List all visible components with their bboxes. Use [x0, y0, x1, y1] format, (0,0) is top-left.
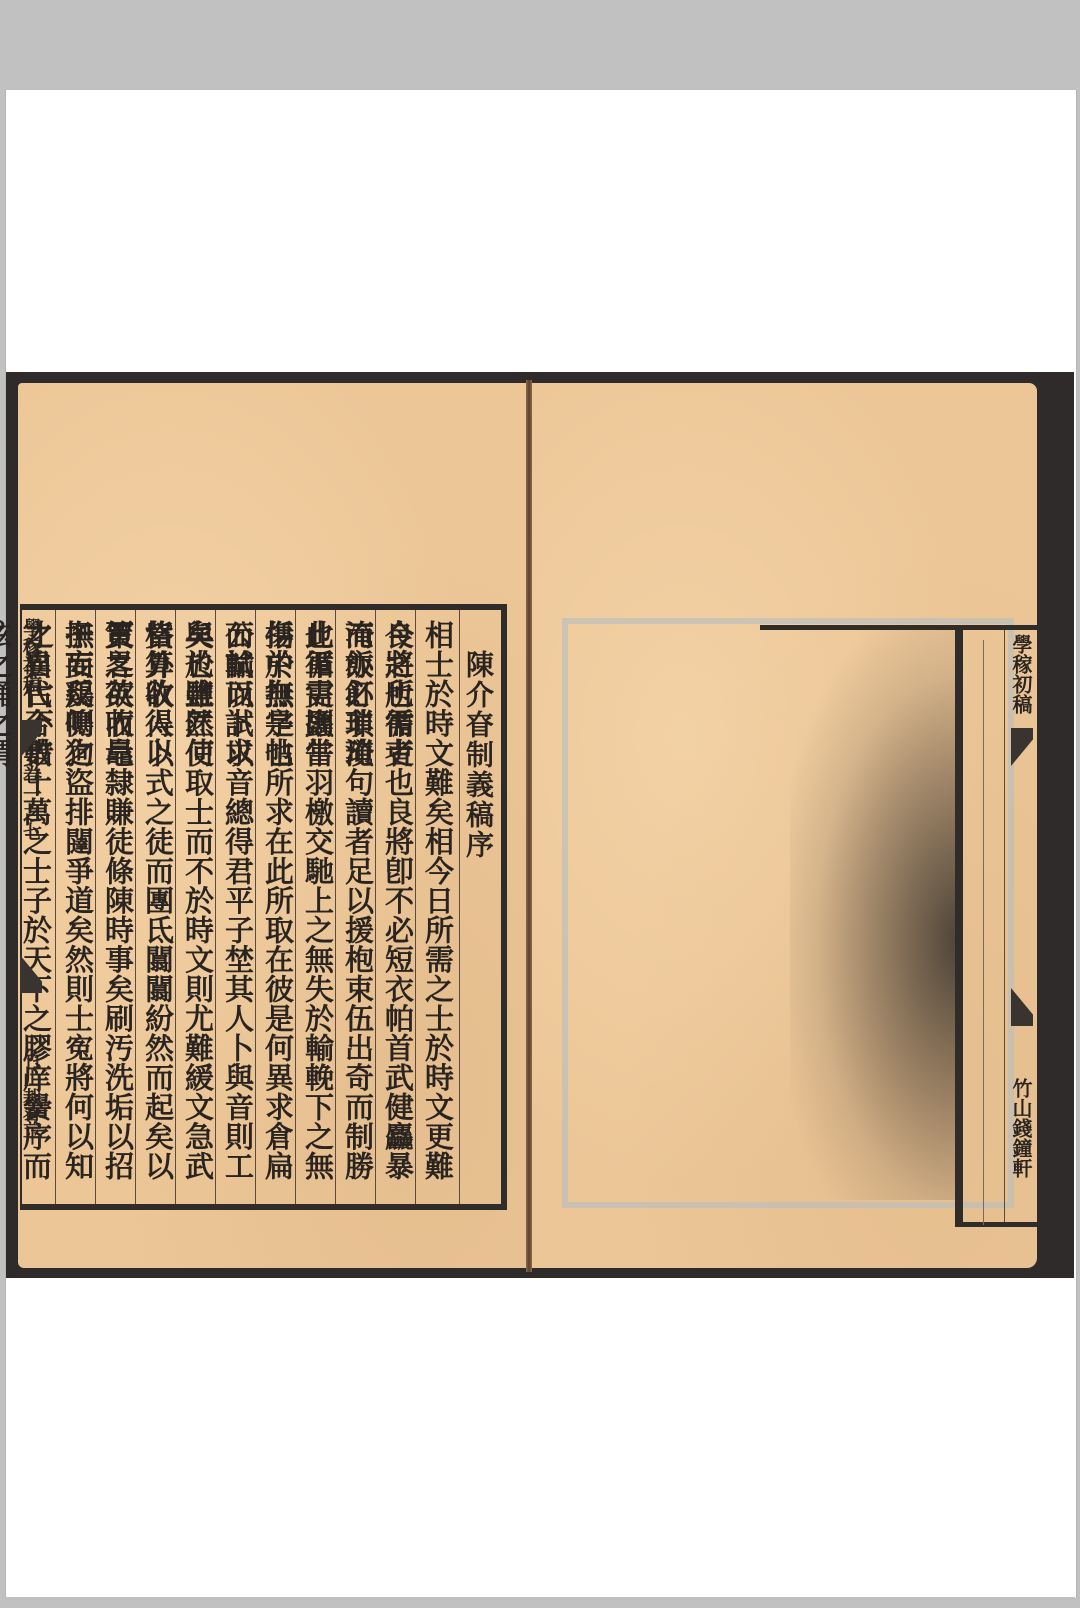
text-column-3: 淹飯飣瑣瑣句讀者足以援枹束伍出奇而制勝也循吏則當 — [338, 620, 378, 1204]
left-page-text-frame: 陳介眘制義稿序 相士於時文難矣相今日所需之士於時文更難今之所需者 良將也循吏也良… — [20, 604, 507, 1210]
upper-fishtail-mark — [20, 720, 42, 758]
text-column-9: 賈之英而皂隸賺徒條陳時事矣刷汚洗垢以招撫妄反側之 — [98, 620, 138, 1204]
lower-fishtail-mark — [20, 955, 42, 993]
right-frame-top-border — [760, 625, 1040, 630]
upper-fishtail-mark — [1011, 728, 1033, 766]
book-title-label: 學稼初稿 — [20, 618, 42, 694]
text-column-7: 與也雖然使取士而不於時文則尤難緩文急武格外收人以 — [178, 620, 218, 1204]
lower-fishtail-mark — [1011, 988, 1033, 1026]
ink-smudge — [790, 625, 960, 1200]
left-page-center-column: 學稼初稿 卷一之七 竹山裁登平 — [18, 610, 44, 1200]
right-frame-left-border — [955, 625, 963, 1225]
preface-title: 陳介眘制義稿序 — [458, 650, 498, 860]
publisher-label: 竹山錢鐘軒 — [1009, 1078, 1033, 1178]
text-column-10: 子而鷄鳴狗盜排闥爭道矣然則士寃將何以知之自古不借 — [58, 620, 98, 1204]
viewer-bottom-edge — [5, 1597, 1075, 1608]
book-gutter — [526, 380, 532, 1272]
text-column-4: 此軍需蠭午羽檄交馳上之無失於輸輓下之無傷於撫字帖 — [298, 620, 338, 1204]
text-column-5: 括中無是也所求在此所取在彼是何異求倉扁而試以卜求 — [258, 620, 298, 1204]
column-rule — [983, 640, 984, 1225]
text-column-1: 相士於時文難矣相今日所需之士於時文更難今之所需者 — [418, 620, 458, 1204]
text-column-6: 公輸而試以音總得君平子埜其人卜與音則工矣於鹽匠何 — [218, 620, 258, 1204]
text-column-8: 貲算欲得卜式之徒而團氐闒闒紛然而起矣以策畧欲收鼂 — [138, 620, 178, 1204]
book-title-label: 學稼初稿 — [1009, 634, 1033, 714]
text-column-2: 良將也循吏也良將卽不必短衣帕首武健麤暴而亦必非淹 — [378, 620, 418, 1204]
publisher-label: 竹山裁登平 — [20, 1050, 42, 1145]
volume-label: 卷一之七 — [20, 765, 42, 841]
right-frame-bottom-border — [955, 1222, 1037, 1227]
right-page-center-column: 學稼初稿 竹山錢鐘軒 — [1004, 630, 1035, 1222]
